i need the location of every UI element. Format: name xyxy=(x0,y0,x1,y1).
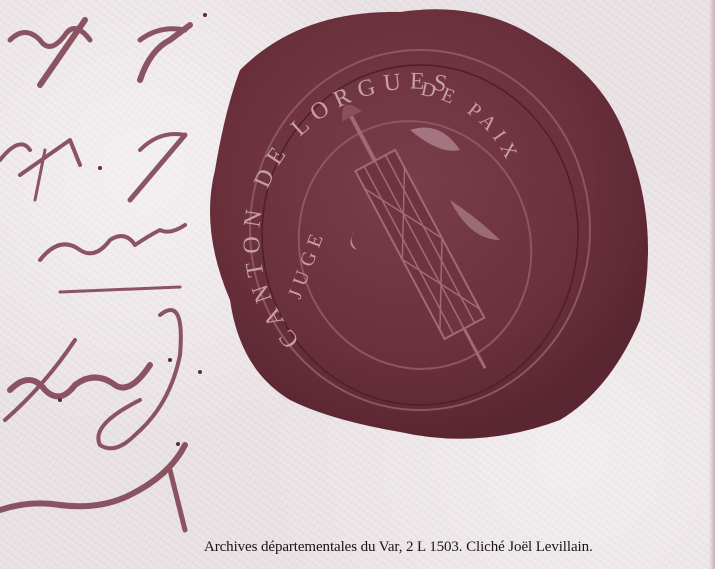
photo-credit-caption: Archives départementales du Var, 2 L 150… xyxy=(204,539,593,556)
wax-seal: CANTON DE LORGUES DE PAIX JUGE xyxy=(0,0,715,569)
